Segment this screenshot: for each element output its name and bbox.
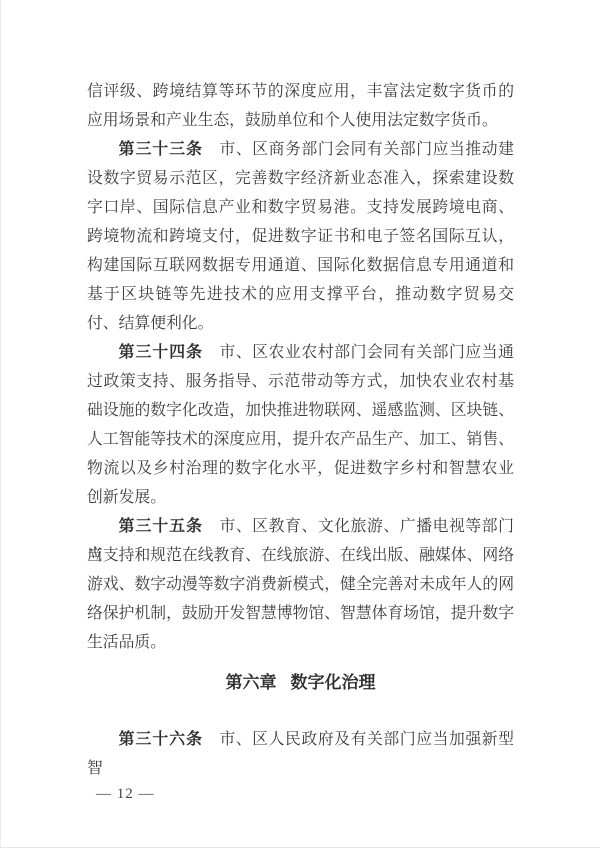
text-line: 第三十五条 市、区教育、文化旅游、广播电视等部门应 — [87, 512, 514, 541]
text-line: 第三十四条 市、区农业农村部门会同有关部门应当通 — [87, 338, 514, 367]
page-number: — 12 — — [96, 784, 155, 804]
text-line: 游戏、数字动漫等数字消费新模式，健全完善对未成年人的网 — [87, 570, 514, 599]
text-line: 第三十三条 市、区商务部门会同有关部门应当推动建 — [87, 135, 514, 164]
document-body-text: 信评级、跨境结算等环节的深度应用，丰富法定数字货币的应用场景和产业生态，鼓励单位… — [87, 77, 514, 657]
text-line: 基于区块链等先进技术的应用支撑平台，推动数字贸易交 — [87, 280, 514, 309]
chapter-title: 数字化治理 — [291, 673, 376, 692]
text-line: 础设施的数字化改造，加快推进物联网、遥感监测、区块链、 — [87, 396, 514, 425]
article-number: 第三十五条 — [119, 518, 203, 535]
text-line: 络保护机制，鼓励开发智慧博物馆、智慧体育场馆，提升数字 — [87, 599, 514, 628]
text-line: 信评级、跨境结算等环节的深度应用，丰富法定数字货币的 — [87, 77, 514, 106]
text-line: 应用场景和产业生态，鼓励单位和个人使用法定数字货币。 — [87, 106, 514, 135]
text-line: 字口岸、国际信息产业和数字贸易港。支持发展跨境电商、 — [87, 193, 514, 222]
text-line: 设数字贸易示范区，完善数字经济新业态准入，探索建设数 — [87, 164, 514, 193]
text-line: 过政策支持、服务指导、示范带动等方式，加快农业农村基 — [87, 367, 514, 396]
chapter-heading: 第六章数字化治理 — [87, 668, 514, 697]
text-line: 创新发展。 — [87, 483, 514, 512]
text-line: 生活品质。 — [87, 628, 514, 657]
text-line: 第三十六条 市、区人民政府及有关部门应当加强新型智 — [87, 725, 514, 754]
article-number: 第三十六条 — [119, 731, 203, 748]
chapter-number: 第六章 — [226, 673, 277, 692]
text-line: 物流以及乡村治理的数字化水平，促进数字乡村和智慧农业 — [87, 454, 514, 483]
article-number: 第三十三条 — [119, 141, 203, 158]
text-line: 跨境物流和跨境支付，促进数字证书和电子签名国际互认， — [87, 222, 514, 251]
text-line: 付、结算便利化。 — [87, 309, 514, 338]
text-line: 构建国际互联网数据专用通道、国际化数据信息专用通道和 — [87, 251, 514, 280]
article-36-text: 第三十六条 市、区人民政府及有关部门应当加强新型智 — [87, 725, 514, 754]
document-page: 信评级、跨境结算等环节的深度应用，丰富法定数字货币的应用场景和产业生态，鼓励单位… — [0, 0, 600, 848]
text-line: 当支持和规范在线教育、在线旅游、在线出版、融媒体、网络 — [87, 541, 514, 570]
text-line: 人工智能等技术的深度应用，提升农产品生产、加工、销售、 — [87, 425, 514, 454]
article-number: 第三十四条 — [119, 344, 203, 361]
